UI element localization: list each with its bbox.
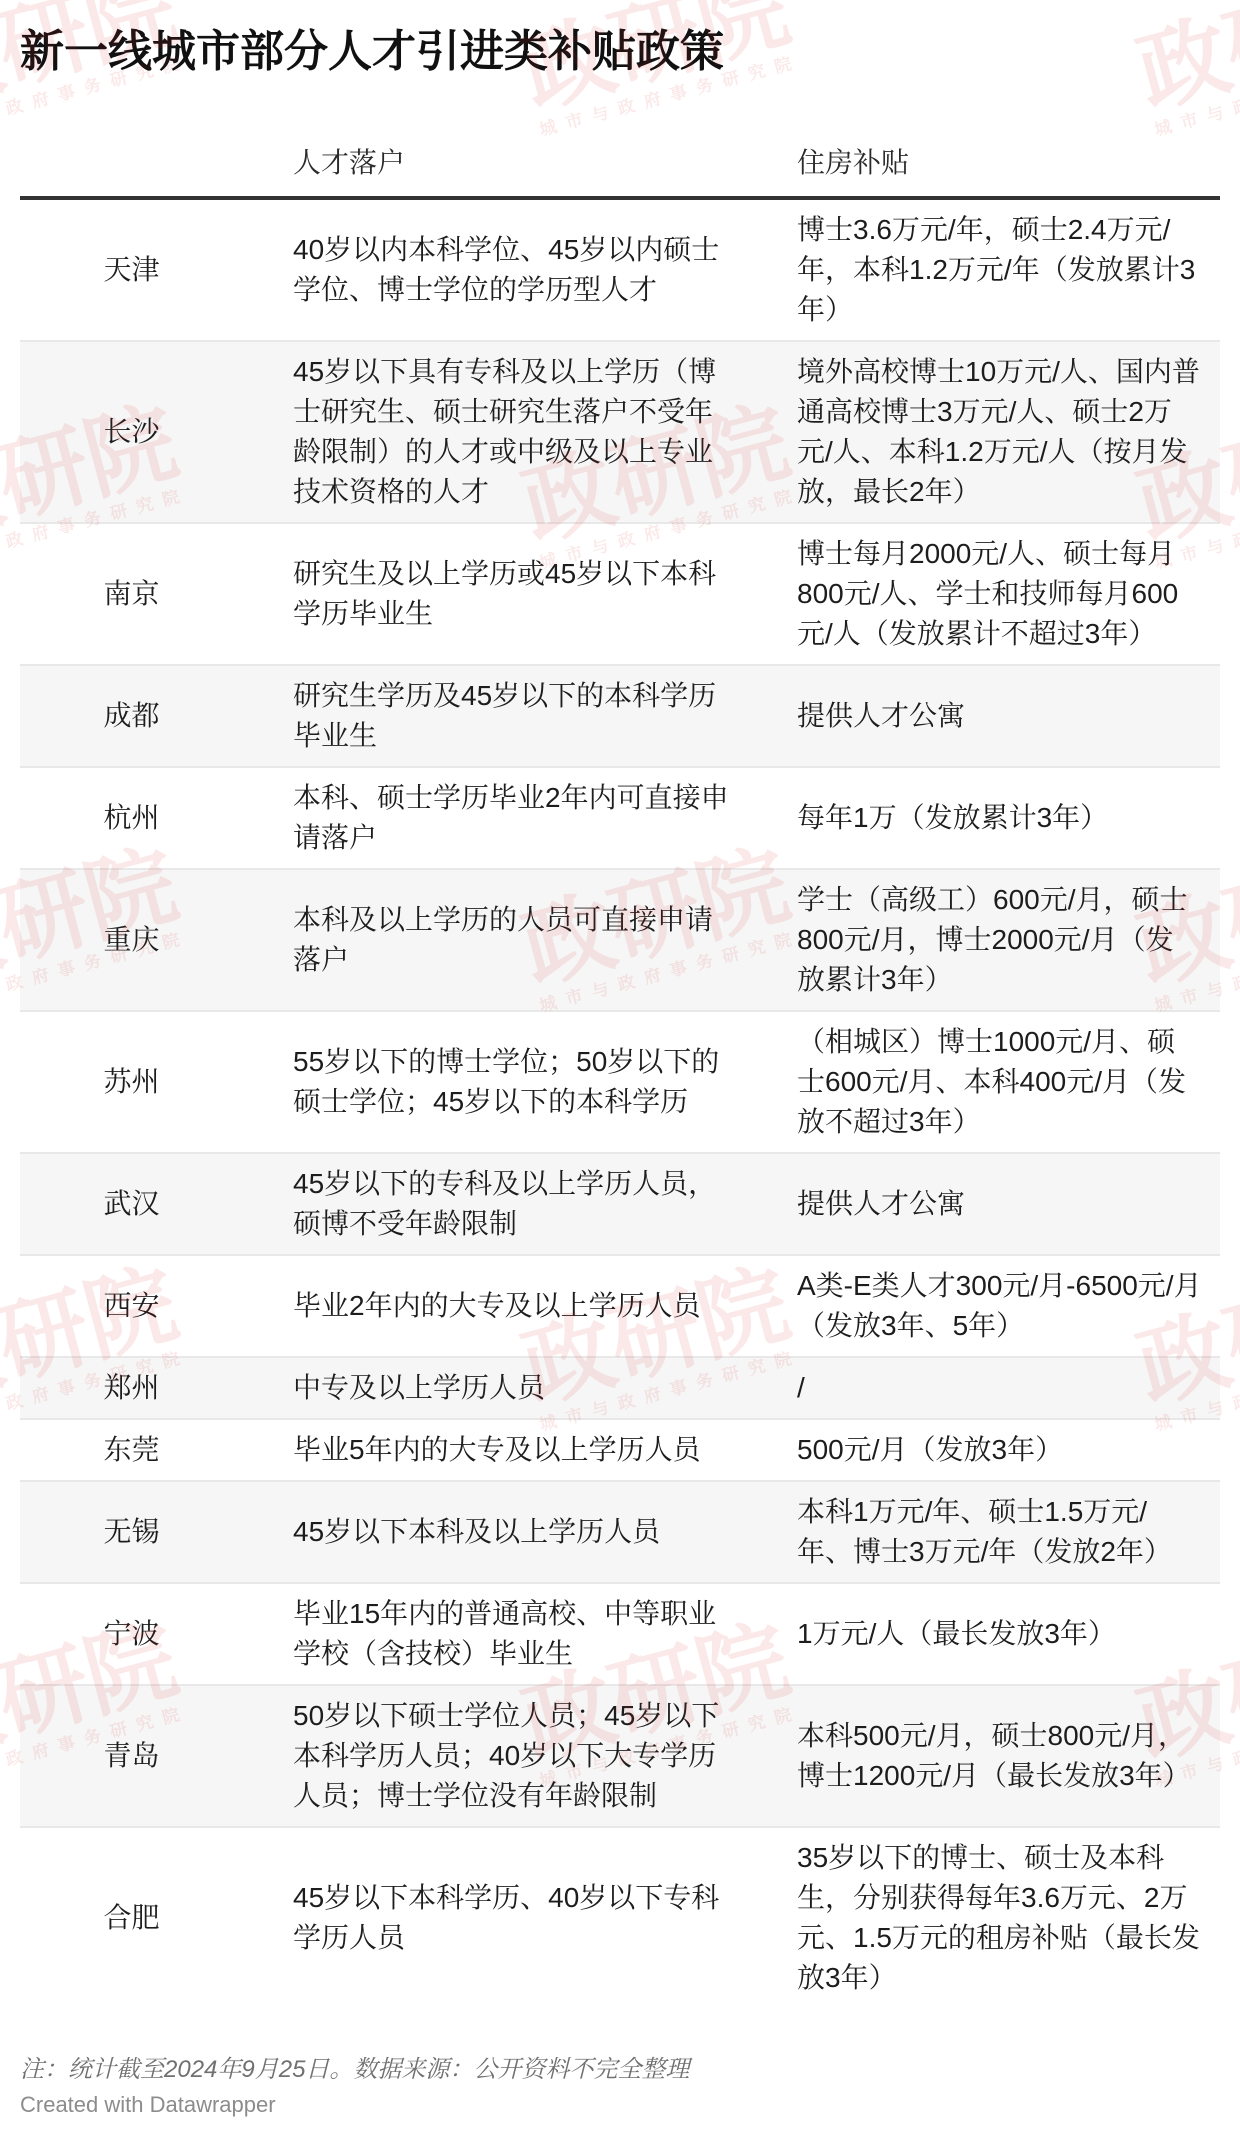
housing-subsidy-cell: 提供人才公寓 [747,1184,1220,1224]
datawrapper-credit-link[interactable]: Created with Datawrapper [20,2092,276,2118]
source-note: 注：统计截至2024年9月25日。数据来源：公开资料不完全整理 [20,2055,689,2085]
housing-subsidy-cell: A类-E类人才300元/月-6500元/月 （发放3年、5年） [747,1266,1220,1346]
table-row: 无锡 45岁以下本科及以上学历人员 本科1万元/年、硕士1.5万元/ 年、博士3… [20,1482,1220,1584]
city-cell: 青岛 [20,1736,243,1776]
chart-title: 新一线城市部分人才引进类补贴政策 [20,28,724,76]
housing-subsidy-cell: （相城区）博士1000元/月、硕 士600元/月、本科400元/月（发 放不超过… [747,1022,1220,1142]
table-row: 武汉 45岁以下的专科及以上学历人员， 硕博不受年龄限制 提供人才公寓 [20,1154,1220,1256]
housing-subsidy-cell: 本科1万元/年、硕士1.5万元/ 年、博士3万元/年（发放2年） [747,1492,1220,1572]
housing-subsidy-cell: 1万元/人（最长发放3年） [747,1614,1220,1654]
table-row: 东莞 毕业5年内的大专及以上学历人员 500元/月（发放3年） [20,1420,1220,1482]
table-row: 合肥 45岁以下本科学历、40岁以下专科 学历人员 35岁以下的博士、硕士及本科… [20,1828,1220,2008]
table-row: 重庆 本科及以上学历的人员可直接申请 落户 学士（高级工）600元/月，硕士 8… [20,870,1220,1012]
table-header-row: 人才落户 住房补贴 [20,130,1220,196]
housing-subsidy-cell: 博士每月2000元/人、硕士每月 800元/人、学士和技师每月600 元/人（发… [747,534,1220,654]
city-cell: 东莞 [20,1430,243,1470]
talent-settlement-cell: 毕业5年内的大专及以上学历人员 [243,1430,747,1470]
city-cell: 长沙 [20,412,243,452]
housing-subsidy-cell: 本科500元/月，硕士800元/月， 博士1200元/月（最长发放3年） [747,1716,1220,1796]
city-cell: 合肥 [20,1898,243,1938]
housing-subsidy-cell: 学士（高级工）600元/月，硕士 800元/月，博士2000元/月（发 放累计3… [747,880,1220,1000]
watermark: 政研院城市与政府事务研究院 [1129,0,1240,142]
housing-subsidy-cell: 35岁以下的博士、硕士及本科 生，分别获得每年3.6万元、2万 元、1.5万元的… [747,1838,1220,1998]
talent-settlement-cell: 45岁以下本科学历、40岁以下专科 学历人员 [243,1878,747,1958]
talent-settlement-cell: 55岁以下的博士学位；50岁以下的 硕士学位；45岁以下的本科学历 [243,1042,747,1122]
talent-settlement-cell: 毕业15年内的普通高校、中等职业 学校（含技校）毕业生 [243,1594,747,1674]
watermark-org-text: 城市与政府事务研究院 [1152,51,1240,142]
column-header-talent-settlement: 人才落户 [243,143,747,183]
city-cell: 西安 [20,1286,243,1326]
table-row: 长沙 45岁以下具有专科及以上学历（博 士研究生、硕士研究生落户不受年 龄限制）… [20,342,1220,524]
table-row: 西安 毕业2年内的大专及以上学历人员 A类-E类人才300元/月-6500元/月… [20,1256,1220,1358]
city-cell: 无锡 [20,1512,243,1552]
table-row: 宁波 毕业15年内的普通高校、中等职业 学校（含技校）毕业生 1万元/人（最长发… [20,1584,1220,1686]
city-cell: 重庆 [20,920,243,960]
talent-settlement-cell: 毕业2年内的大专及以上学历人员 [243,1286,747,1326]
talent-settlement-cell: 50岁以下硕士学位人员；45岁以下 本科学历人员；40岁以下大专学历 人员；博士… [243,1696,747,1816]
table-row: 杭州 本科、硕士学历毕业2年内可直接申 请落户 每年1万（发放累计3年） [20,768,1220,870]
talent-settlement-cell: 45岁以下的专科及以上学历人员， 硕博不受年龄限制 [243,1164,747,1244]
talent-settlement-cell: 研究生学历及45岁以下的本科学历 毕业生 [243,676,747,756]
talent-settlement-cell: 研究生及以上学历或45岁以下本科 学历毕业生 [243,554,747,634]
column-header-housing-subsidy: 住房补贴 [747,143,1220,183]
table-row: 成都 研究生学历及45岁以下的本科学历 毕业生 提供人才公寓 [20,666,1220,768]
talent-settlement-cell: 45岁以下具有专科及以上学历（博 士研究生、硕士研究生落户不受年 龄限制）的人才… [243,352,747,512]
city-cell: 杭州 [20,798,243,838]
table-row: 郑州 中专及以上学历人员 / [20,1358,1220,1420]
housing-subsidy-cell: / [747,1368,1220,1408]
policy-table: 人才落户 住房补贴 天津 40岁以内本科学位、45岁以内硕士 学位、博士学位的学… [20,130,1220,2008]
housing-subsidy-cell: 500元/月（发放3年） [747,1430,1220,1470]
watermark-logo-text: 政研院 [1129,0,1240,120]
city-cell: 成都 [20,696,243,736]
talent-settlement-cell: 本科、硕士学历毕业2年内可直接申 请落户 [243,778,747,858]
table-row: 南京 研究生及以上学历或45岁以下本科 学历毕业生 博士每月2000元/人、硕士… [20,524,1220,666]
city-cell: 武汉 [20,1184,243,1224]
table-row: 苏州 55岁以下的博士学位；50岁以下的 硕士学位；45岁以下的本科学历 （相城… [20,1012,1220,1154]
city-cell: 天津 [20,250,243,290]
housing-subsidy-cell: 博士3.6万元/年，硕士2.4万元/ 年，本科1.2万元/年（发放累计3 年） [747,210,1220,330]
talent-settlement-cell: 45岁以下本科及以上学历人员 [243,1512,747,1552]
city-cell: 郑州 [20,1368,243,1408]
housing-subsidy-cell: 每年1万（发放累计3年） [747,798,1220,838]
table-row: 天津 40岁以内本科学位、45岁以内硕士 学位、博士学位的学历型人才 博士3.6… [20,200,1220,342]
table-row: 青岛 50岁以下硕士学位人员；45岁以下 本科学历人员；40岁以下大专学历 人员… [20,1686,1220,1828]
city-cell: 南京 [20,574,243,614]
city-cell: 宁波 [20,1614,243,1654]
housing-subsidy-cell: 境外高校博士10万元/人、国内普 通高校博士3万元/人、硕士2万 元/人、本科1… [747,352,1220,512]
talent-settlement-cell: 中专及以上学历人员 [243,1368,747,1408]
housing-subsidy-cell: 提供人才公寓 [747,696,1220,736]
talent-settlement-cell: 40岁以内本科学位、45岁以内硕士 学位、博士学位的学历型人才 [243,230,747,310]
city-cell: 苏州 [20,1062,243,1102]
talent-settlement-cell: 本科及以上学历的人员可直接申请 落户 [243,900,747,980]
